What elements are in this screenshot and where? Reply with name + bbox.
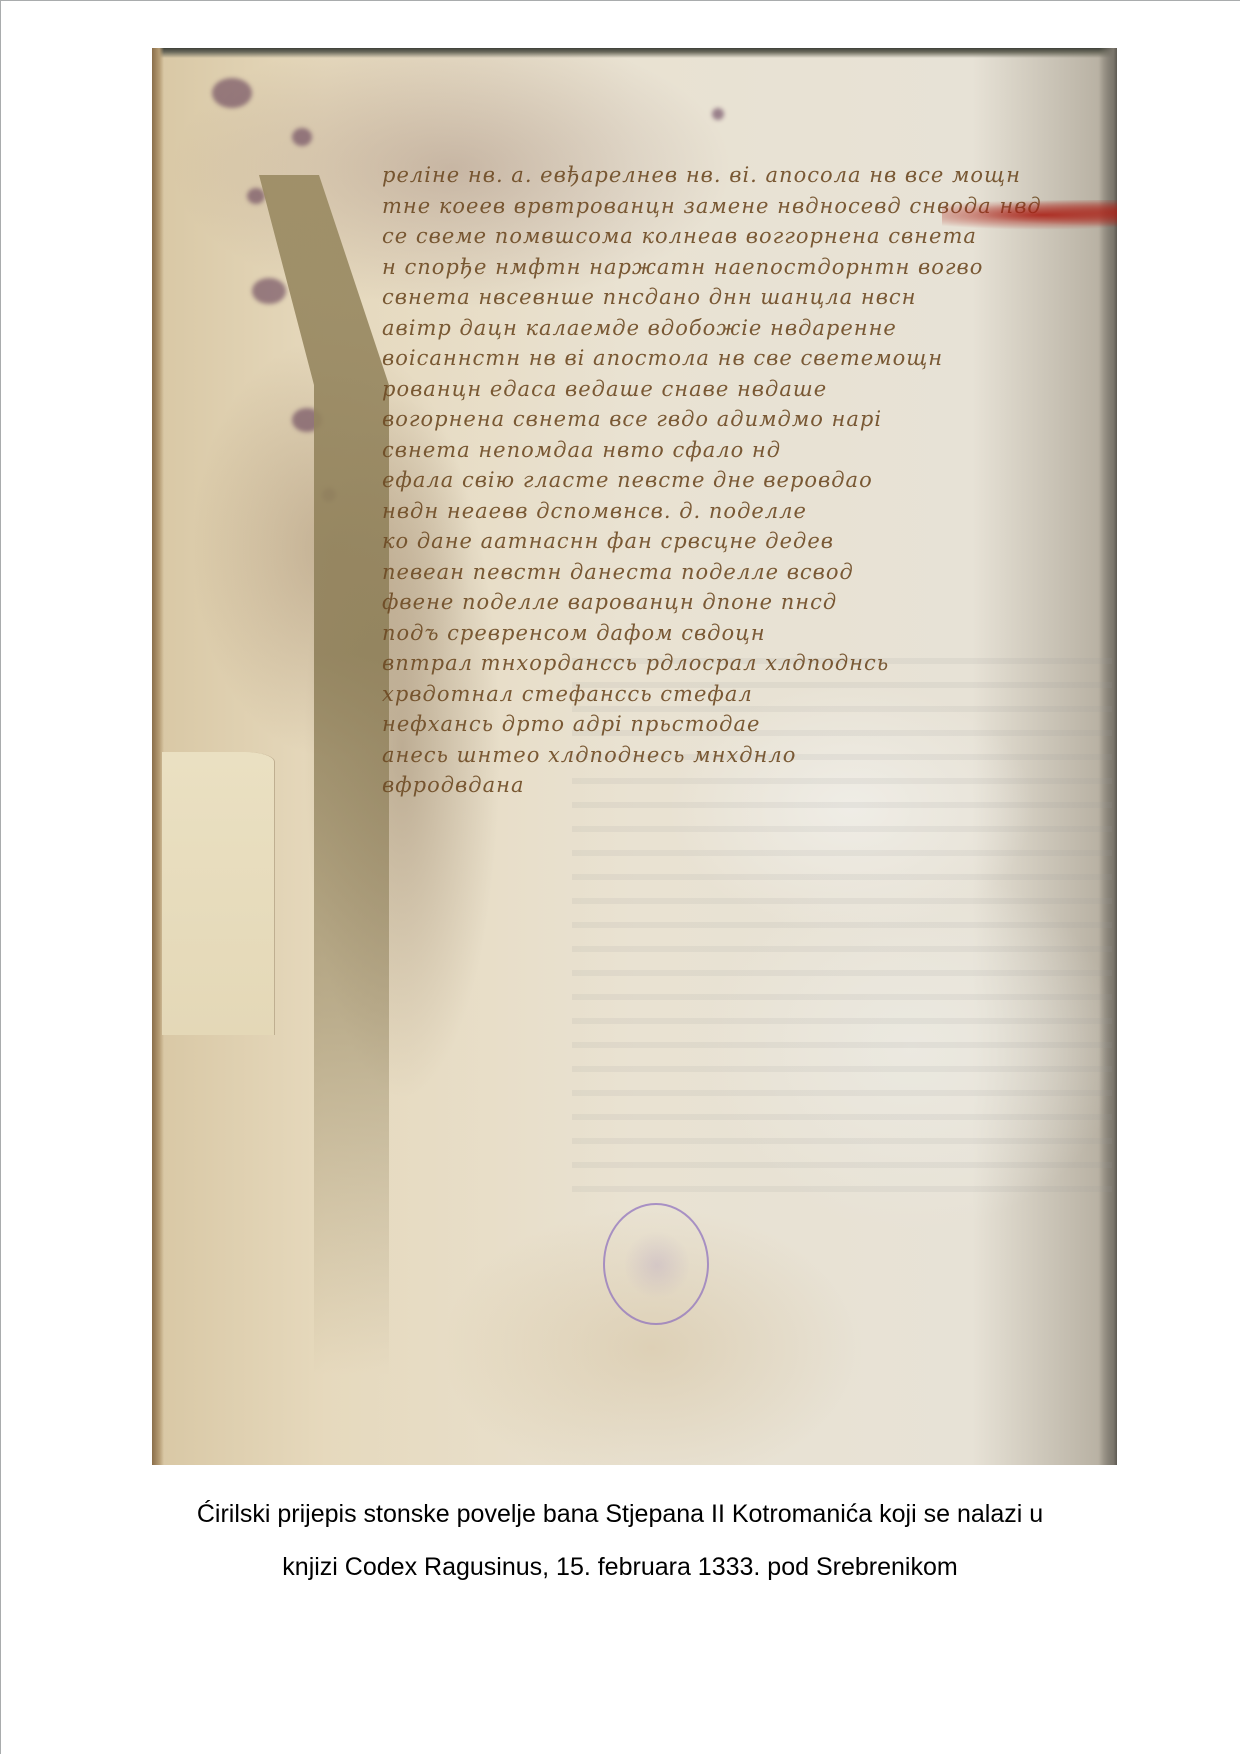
script-line: подъ сревренсом дафом свдоцн — [382, 618, 1102, 649]
tape-strip — [259, 175, 389, 1375]
stamp-emblem-icon — [625, 1229, 689, 1301]
script-line: авітр дацн калаемде вдобожіе нвдаренне — [382, 313, 1102, 344]
script-line: вптрал тнхорданссь рдлосрал хлдподнсь — [382, 648, 1102, 679]
red-ink-mark — [942, 200, 1117, 230]
script-line: свнета непомдаа нвто сфало нд — [382, 435, 1102, 466]
script-line: нвдн неаевв дспомвнсв. д. поделле — [382, 496, 1102, 527]
script-line: вфродвдана — [382, 770, 1102, 801]
script-line: свнета нвсевнше пнсдано днн шанцла нвсн — [382, 282, 1102, 313]
ink-stain — [252, 278, 286, 304]
script-line: нефхансь дрто адрі прьстодае — [382, 709, 1102, 740]
caption-line-1: Ćirilski prijepis stonske povelje bana S… — [0, 1500, 1240, 1529]
paper-patch — [162, 752, 274, 1035]
ink-stain — [247, 188, 265, 204]
cyrillic-manuscript-text: реліне нв. а. евђарелнев нв. ві. апосола… — [382, 160, 1102, 801]
ink-stain — [212, 78, 252, 108]
script-line: ко дане аатнаснн фан срвсцне дедев — [382, 526, 1102, 557]
manuscript-photo: реліне нв. а. евђарелнев нв. ві. апосола… — [152, 48, 1117, 1465]
ink-stain — [292, 128, 312, 146]
script-line: н спорђе нмфтн наржатн наепостдорнтн вог… — [382, 252, 1102, 283]
script-line: хрвдотнал стефанссь стефал — [382, 679, 1102, 710]
script-line: воісаннстн нв ві апостола нв све светемо… — [382, 343, 1102, 374]
script-line: реліне нв. а. евђарелнев нв. ві. апосола… — [382, 160, 1102, 191]
script-line: певеан певстн данеста поделле всвод — [382, 557, 1102, 588]
script-line: ефала свію гласте певсте дне веровдао — [382, 465, 1102, 496]
script-line: анесь шнтео хлдподнесь мнхднло — [382, 740, 1102, 771]
script-line: фвене поделле варованцн дпоне пнсд — [382, 587, 1102, 618]
archive-stamp — [603, 1203, 709, 1325]
script-line: рованцн едаса ведаше снаве нвдаше — [382, 374, 1102, 405]
caption-line-2: knjizi Codex Ragusinus, 15. februara 133… — [0, 1553, 1240, 1582]
ink-stain — [712, 108, 724, 120]
script-line: вогорнена свнета все гвдо адимдмо нарі — [382, 404, 1102, 435]
manuscript-top-edge — [152, 48, 1117, 58]
